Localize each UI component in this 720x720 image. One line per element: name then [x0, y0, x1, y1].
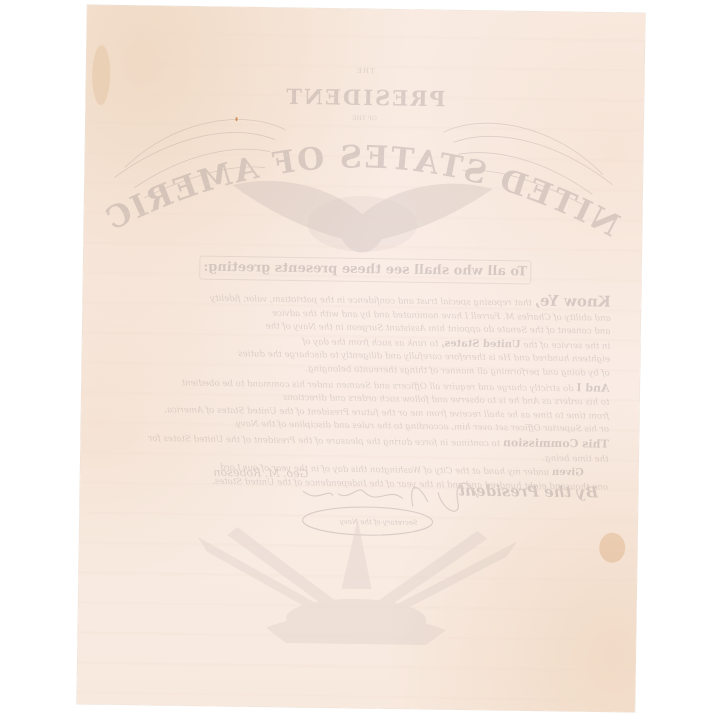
greeting-banner: To all who shall see these presents gree… — [199, 256, 531, 285]
age-stain — [236, 117, 238, 121]
naval-trophy-illustration-icon — [176, 506, 538, 651]
bleed-through-layer: THE PRESIDENT OF THE — [77, 5, 645, 712]
photo-stage: THE PRESIDENT OF THE — [0, 0, 720, 720]
header-small-the: THE — [86, 63, 644, 79]
commission-document-reverse: THE PRESIDENT OF THE — [77, 5, 645, 712]
eagle-illustration-icon — [221, 167, 502, 266]
secretary-signature: Geo. M. Robeson — [213, 466, 308, 480]
know-ye-heading: Know Ye, — [534, 292, 611, 311]
appointee-name: Charles M. Farrell — [471, 311, 551, 322]
